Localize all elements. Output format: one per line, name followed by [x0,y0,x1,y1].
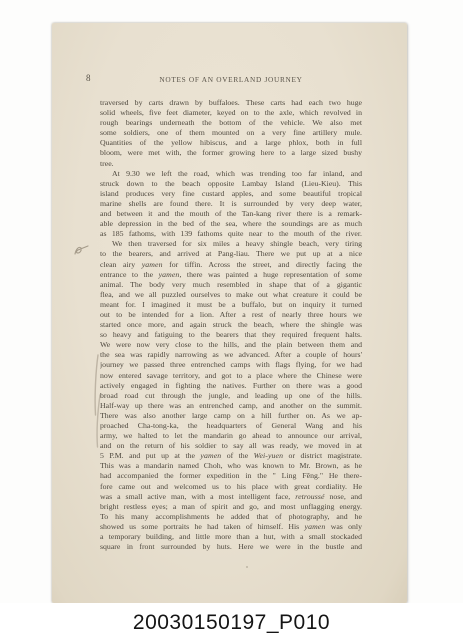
text-line: island produces very fine custard apples… [100,189,362,199]
text-line: There was also another large camp on a h… [100,411,362,421]
text-line: struck down to the beach opposite Lambay… [100,179,362,189]
text-line: animal. The body very much resembled in … [100,280,362,290]
text-line: This was a mandarin named Choh, who was … [100,461,362,471]
paper-speck [224,79,226,81]
text-line: To his many accomplishments he added tha… [100,512,362,522]
text-line: We were now very close to the hills, and… [100,340,362,350]
text-line: flea, and we all puzzled ourselves to ma… [100,290,362,300]
paragraph: traversed by carts drawn by buffaloes. T… [100,98,362,169]
scan-label: 20030150197_P010 [133,611,330,635]
text-line: was a small active man, with a most inte… [100,492,362,502]
text-line: broad road cut through the jungle, and l… [100,391,362,401]
text-line: rough bearings underneath the bottom of … [100,118,362,128]
text-line: Half-way up there was an entrenched camp… [100,401,362,411]
text-line: traversed by carts drawn by buffaloes. T… [100,98,362,108]
text-line: the sea was rapidly narrowing as we adva… [100,350,362,360]
running-header: NOTES OF AN OVERLAND JOURNEY [100,75,362,84]
text-line: solid wheels, five feet diameter, keyed … [100,108,362,118]
scan-backdrop: { "scan_label": "20030150197_P010", "col… [0,0,463,640]
text-line: and on the return of his soldier to say … [100,441,362,451]
pencil-tick-icon [72,242,92,258]
text-line: as 185 fathoms, with 139 fathoms quite n… [100,229,362,239]
text-line: Quantities of the yellow hibiscus, and a… [100,138,362,148]
text-line: At 9.30 we left the road, which was tren… [100,169,362,179]
text-line: to the bearers, and arrived at Pang-liau… [100,249,362,259]
text-line: entrance to the yamen, there was painted… [100,270,362,280]
text-line: had accompanied the former expedition in… [100,471,362,481]
scan-label-strip: 20030150197_P010 [0,603,463,640]
paper-speck [246,566,248,568]
text-line: a temporary building, and little more th… [100,532,362,542]
text-line: showed us some portraits he had taken of… [100,522,362,532]
text-line: able depression in the bed of the sea, w… [100,219,362,229]
paragraph: We then traversed for six miles a heavy … [100,239,362,552]
text-line: bright restless eyes; a man of spirit an… [100,502,362,512]
text-line: 5 P.M. and put up at the yamen of the We… [100,451,362,461]
text-line: clean airy yamen for tiffin. Across the … [100,260,362,270]
book-page: 8 NOTES OF AN OVERLAND JOURNEY traversed… [52,23,407,603]
text-line: out to be intended for a lion. After a r… [100,310,362,320]
text-line: proached Cha-tong-ka, the headquarters o… [100,421,362,431]
text-line: We then traversed for six miles a heavy … [100,239,362,249]
text-line: tree. [100,159,362,169]
text-line: marine shells are found there. It is sur… [100,199,362,209]
paragraph: At 9.30 we left the road, which was tren… [100,169,362,240]
text-line: started once more, and again struck the … [100,320,362,330]
text-line: so heavy and fatiguing to the bearers th… [100,330,362,340]
page-body-text: traversed by carts drawn by buffaloes. T… [100,98,362,552]
text-line: bloom, were met with, the former growing… [100,148,362,158]
text-line: now entered savage territory, and got to… [100,371,362,381]
text-line: and between it and the mouth of the Tan-… [100,209,362,219]
text-line: fore came out and welcomed us to his pla… [100,482,362,492]
text-line: army, we halted to let the mandarin go a… [100,431,362,441]
text-line: some soldiers, one of them mounted on a … [100,128,362,138]
text-line: square in front surrounded by huts. Here… [100,542,362,552]
text-line: journey we passed three entrenched camps… [100,360,362,370]
text-line: meant for. I imagined it must be a buffa… [100,300,362,310]
page-number: 8 [86,73,91,83]
text-line: actively engaged in fighting the natives… [100,381,362,391]
